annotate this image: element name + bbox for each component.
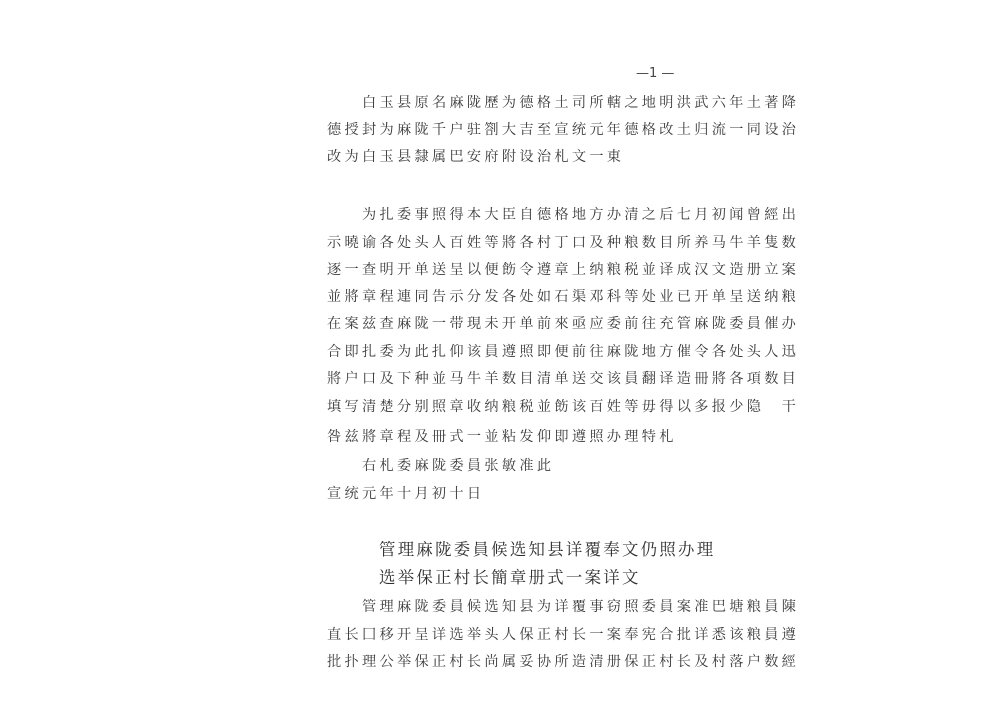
page-number: —1 —	[636, 66, 680, 81]
paragraph-2-line-8: 填写清楚分别照章收纳粮税並飭该百姓等毋得以多报少隐 干	[327, 397, 679, 417]
paragraph-1-line-3: 改为白玉县隸属巴安府附设治札文一東	[327, 147, 679, 167]
paragraph-1-line-1: 白玉县原名麻陇歷为德格土司所轄之地明洪武六年土著降	[362, 93, 714, 113]
section-title-line-2: 选举保正村长簡章册式一案详文	[379, 566, 679, 590]
addressee-line: 右札委麻陇委員张敏准此	[362, 456, 714, 476]
paragraph-2-line-3: 逐一查明开单送呈以便飭令遵章上纳粮税並译成汉文造册立案	[327, 260, 679, 280]
paragraph-2-line-4: 並將章程連同告示分发各处如石渠邓科等处业已开单呈送纳粮	[327, 287, 679, 307]
date-line: 宣统元年十月初十日	[327, 484, 679, 504]
paragraph-1-line-2: 德授封为麻陇千户驻劄大吉至宣统元年德格改土归流一同设治	[327, 120, 679, 140]
document-page: —1 — 白玉县原名麻陇歷为德格土司所轄之地明洪武六年土著降 德授封为麻陇千户驻…	[0, 0, 1000, 706]
section-title-line-1: 管理麻陇委員候选知县详覆奉文仍照办理	[379, 538, 679, 562]
paragraph-2-line-7: 將户口及下种並马牛羊数目清单送交该員翻译造冊將各項数目	[327, 369, 679, 389]
paragraph-2-line-2: 示曉谕各处头人百姓等將各村丁口及种粮数目所养马牛羊隻数	[327, 233, 679, 253]
paragraph-3-line-1: 管理麻陇委員候选知县为详覆事窃照委員案准巴塘粮員陳	[362, 597, 714, 617]
paragraph-2-line-9: 咎兹將章程及冊式一並粘发仰即遵照办理特札	[327, 427, 679, 447]
paragraph-2-line-5: 在案兹查麻陇一带現未开单前來亟应委前往充管麻陇委員催办	[327, 314, 679, 334]
paragraph-3-line-2: 直长囗移开呈详选举头人保正村长一案奉宪合批详悉该粮員遵	[327, 625, 679, 645]
paragraph-2-line-6: 合即扎委为此扎仰该員遵照即便前往麻陇地方催令各处头人迅	[327, 342, 679, 362]
paragraph-3-line-3: 批扑理公举保正村长尚属妥协所造清册保正村长及村落户数經	[327, 652, 679, 672]
paragraph-2-line-1: 为扎委事照得本大臣自德格地方办清之后七月初闻曾經出	[362, 205, 714, 225]
